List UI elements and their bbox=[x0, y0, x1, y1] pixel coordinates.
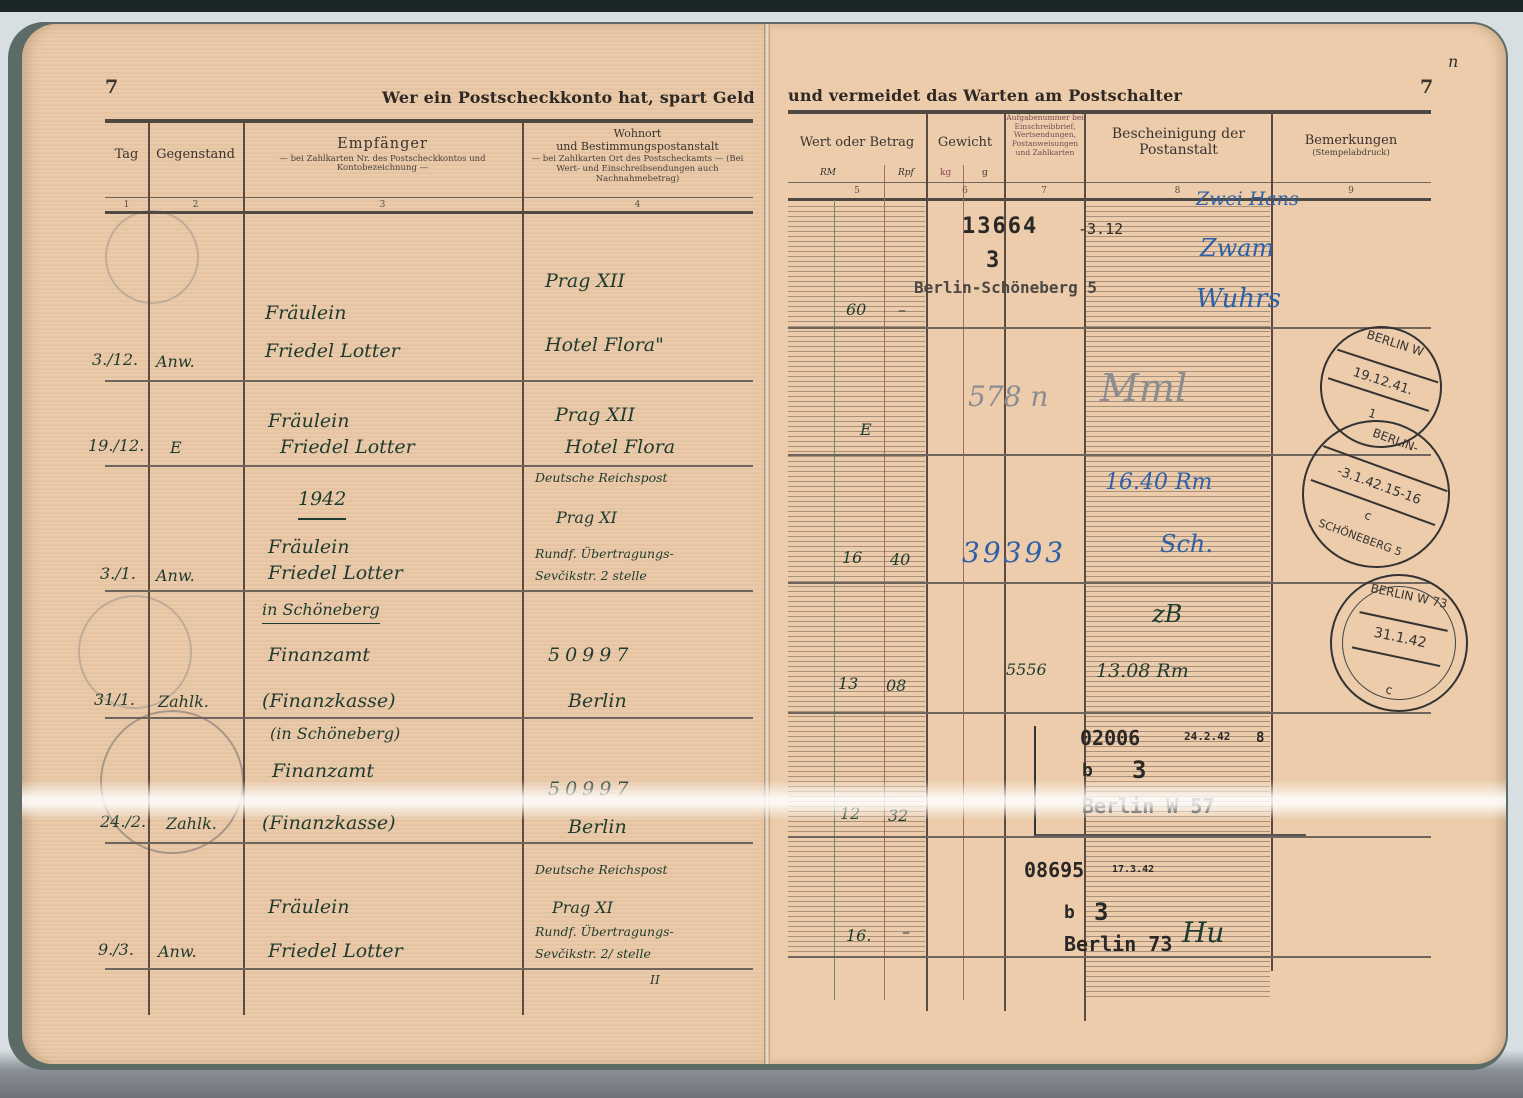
row-divider bbox=[788, 712, 1431, 714]
column-number: 3 bbox=[243, 200, 522, 210]
cell-wohnort-line: Deutsche Reichspost bbox=[535, 862, 668, 877]
header-wohnort: Wohnort und Bestimmungspostanstalt — bei… bbox=[522, 128, 753, 185]
row-divider bbox=[105, 717, 753, 719]
stamp-number: 13664 bbox=[962, 214, 1038, 239]
row-divider bbox=[105, 465, 753, 467]
row-divider bbox=[788, 582, 1431, 584]
stamp-office-no: 3 bbox=[1132, 756, 1146, 784]
cell-rpf: 40 bbox=[890, 550, 910, 569]
cell-empfaenger-line: Friedel Lotter bbox=[265, 340, 400, 362]
header-tag: Tag bbox=[105, 148, 148, 163]
header-gewicht: Gewicht bbox=[926, 136, 1004, 151]
row-divider bbox=[105, 968, 753, 970]
stamp-date: 24.2.42 bbox=[1184, 730, 1230, 743]
cell-gegenstand: Anw. bbox=[158, 942, 197, 961]
subheader-rm: RM bbox=[820, 168, 836, 178]
signature-line: Wuhrs bbox=[1196, 284, 1281, 314]
header-wert: Wert oder Betrag bbox=[788, 136, 926, 151]
cell-empfaenger-line: Finanzamt bbox=[272, 760, 374, 782]
cell-wohnort-line: Berlin bbox=[568, 690, 627, 712]
cell-wohnort-line: II bbox=[650, 972, 660, 987]
cell-rm: 60 bbox=[846, 300, 866, 319]
header-bemerkungen: Bemerkungen (Stempelabdruck) bbox=[1271, 134, 1431, 159]
column-number: 5 bbox=[788, 186, 926, 196]
cell-wohnort-line: Deutsche Reichspost bbox=[535, 470, 668, 485]
cell-wohnort-line: Berlin bbox=[568, 816, 627, 838]
header-gegenstand: Gegenstand bbox=[148, 148, 243, 163]
cell-wohnort-line: Rundf. Übertragungs- bbox=[535, 546, 674, 561]
cell-empfaenger-line: Friedel Lotter bbox=[268, 562, 403, 584]
signature-line: Zwei Hans bbox=[1196, 188, 1299, 210]
cell-empfaenger-line: Fräulein bbox=[268, 536, 349, 558]
cell-rpf: – bbox=[898, 300, 906, 319]
stamp-date: -3.12 bbox=[1078, 220, 1123, 238]
cell-wohnort-line: Sevčikstr. 2/ stelle bbox=[535, 946, 651, 961]
stamp-number: 02006 bbox=[1080, 726, 1140, 750]
cell-rm: E bbox=[860, 420, 872, 439]
column-divider bbox=[148, 120, 150, 1015]
cell-tag: 24./2. bbox=[100, 812, 146, 831]
cell-wohnort-line: Hotel Flora" bbox=[545, 334, 664, 356]
header-rule bbox=[105, 119, 753, 123]
subheader-kg: kg bbox=[940, 168, 951, 178]
left-page-number: 7 bbox=[105, 76, 118, 98]
stamp-place: Berlin-Schöneberg 5 bbox=[914, 278, 1097, 297]
cell-wohnort-line: Prag XII bbox=[545, 270, 625, 292]
signature-line: Sch. bbox=[1160, 530, 1213, 558]
header-aufgabenummer: Aufgabenummer bei Einschreibbrief, Werts… bbox=[1006, 114, 1084, 157]
stamp-letter: b bbox=[1064, 902, 1075, 923]
cell-wohnort-line: 50997 bbox=[548, 778, 633, 800]
column-number: 1 bbox=[105, 200, 148, 210]
subcolumn-divider bbox=[834, 200, 835, 1000]
cell-tag: 3./12. bbox=[92, 350, 138, 369]
cell-wohnort-line: Prag XII bbox=[555, 404, 635, 426]
column-divider bbox=[926, 111, 928, 1011]
row-divider bbox=[788, 327, 1431, 329]
stamp-office-no: 3 bbox=[1094, 898, 1108, 926]
row-divider bbox=[788, 956, 1431, 958]
cell-empfaenger-line: (Finanzkasse) bbox=[262, 812, 395, 834]
cell-tag: 31/1. bbox=[94, 690, 135, 709]
cell-wohnort-line: Prag XI bbox=[552, 898, 613, 917]
stamp-office-no: 3 bbox=[986, 248, 999, 273]
cell-bescheinigung-amount: 16.40 Rm bbox=[1105, 470, 1212, 495]
row-divider bbox=[105, 842, 753, 844]
cell-empfaenger-line: Friedel Lotter bbox=[268, 940, 403, 962]
column-divider bbox=[1084, 111, 1086, 1021]
signature-line: zB bbox=[1152, 600, 1182, 628]
row-divider bbox=[105, 590, 753, 592]
cell-empfaenger-line: Fräulein bbox=[268, 896, 349, 918]
cell-gegenstand: Zahlk. bbox=[158, 692, 209, 711]
cell-empfaenger-line: Friedel Lotter bbox=[280, 436, 415, 458]
registration-stamp-box: 02006 24.2.42 8 b 3 Berlin W 57 bbox=[1034, 726, 1306, 836]
cell-gegenstand: Zahlk. bbox=[166, 814, 217, 833]
cell-gegenstand: E bbox=[170, 438, 182, 457]
cell-wohnort-line: Prag XI bbox=[556, 508, 617, 527]
cell-bescheinigung-amount: 13.08 Rm bbox=[1096, 660, 1189, 682]
cell-empfaenger-line: Fräulein bbox=[268, 410, 349, 432]
stamp-date: 17.3.42 bbox=[1112, 864, 1154, 875]
cell-wohnort-line: Hotel Flora bbox=[565, 436, 675, 458]
row-divider bbox=[105, 380, 753, 382]
cell-tag: 19./12. bbox=[88, 436, 144, 455]
cell-rpf: – bbox=[902, 922, 910, 941]
cell-empfaenger-line: (in Schöneberg) bbox=[270, 724, 400, 743]
header-rule bbox=[788, 110, 1431, 114]
cell-rm: 16. bbox=[846, 926, 871, 945]
column-divider bbox=[243, 120, 245, 1015]
stamp-extra: 8 bbox=[1256, 730, 1264, 746]
stamp-place: Berlin 73 bbox=[1064, 932, 1172, 956]
stamp-place: Berlin W 57 bbox=[1082, 794, 1214, 818]
header-empfaenger: Empfänger — bei Zahlkarten Nr. des Posts… bbox=[243, 136, 522, 174]
corner-pencil-mark: n bbox=[1448, 52, 1458, 71]
cell-empfaenger-line: Fräulein bbox=[265, 302, 346, 324]
column-number: 2 bbox=[148, 200, 243, 210]
column-number: 6 bbox=[926, 186, 1004, 196]
signature-pencil: Mml bbox=[1100, 366, 1187, 410]
cell-wohnort-line: Sevčikstr. 2 stelle bbox=[535, 568, 647, 583]
cell-rpf: 32 bbox=[888, 806, 908, 825]
cell-empfaenger-line: (Finanzkasse) bbox=[262, 690, 395, 712]
left-slogan: Wer ein Postscheckkonto hat, spart Geld bbox=[382, 88, 755, 107]
cell-year: 1942 bbox=[298, 488, 346, 520]
cell-empfaenger-line: in Schöneberg bbox=[262, 600, 380, 624]
subheader-rpf: Rpf bbox=[898, 168, 914, 178]
stamp-number: 08695 bbox=[1024, 858, 1084, 882]
signature-line: Hu bbox=[1182, 916, 1224, 949]
cell-rm: 12 bbox=[840, 804, 860, 823]
signature-line: Zwam bbox=[1200, 234, 1274, 262]
cell-rm: 13 bbox=[838, 674, 858, 693]
stamp-letter: b bbox=[1082, 760, 1093, 781]
cell-tag: 9./3. bbox=[98, 940, 134, 959]
colno-rule bbox=[105, 197, 753, 198]
cell-gegenstand: Anw. bbox=[156, 566, 195, 585]
faint-postmark bbox=[105, 210, 199, 304]
subheader-g: g bbox=[982, 168, 988, 178]
column-number: 7 bbox=[1004, 186, 1084, 196]
cell-rpf: 08 bbox=[886, 676, 906, 695]
cell-wohnort-line: Rundf. Übertragungs- bbox=[535, 924, 674, 939]
cell-aufgabe: 39393 bbox=[962, 536, 1066, 569]
right-slogan: und vermeidet das Warten am Postschalter bbox=[788, 86, 1182, 105]
cell-aufgabe: 5556 bbox=[1006, 660, 1047, 679]
cell-aufgabe: 578 n bbox=[968, 380, 1048, 413]
row-divider bbox=[788, 836, 1431, 838]
header-bottom-rule bbox=[105, 211, 753, 214]
booklet-gutter bbox=[764, 24, 770, 1064]
cell-wohnort-line: 50997 bbox=[548, 644, 633, 666]
column-divider bbox=[522, 120, 524, 1015]
cell-tag: 3./1. bbox=[100, 564, 136, 583]
cell-empfaenger-line: Finanzamt bbox=[268, 644, 370, 666]
header-bescheinigung: Bescheinigung der Postanstalt bbox=[1086, 126, 1271, 158]
cell-gegenstand: Anw. bbox=[156, 352, 195, 371]
column-number: 4 bbox=[522, 200, 753, 210]
cell-rm: 16 bbox=[842, 548, 862, 567]
right-page-number: 7 bbox=[1420, 76, 1433, 98]
